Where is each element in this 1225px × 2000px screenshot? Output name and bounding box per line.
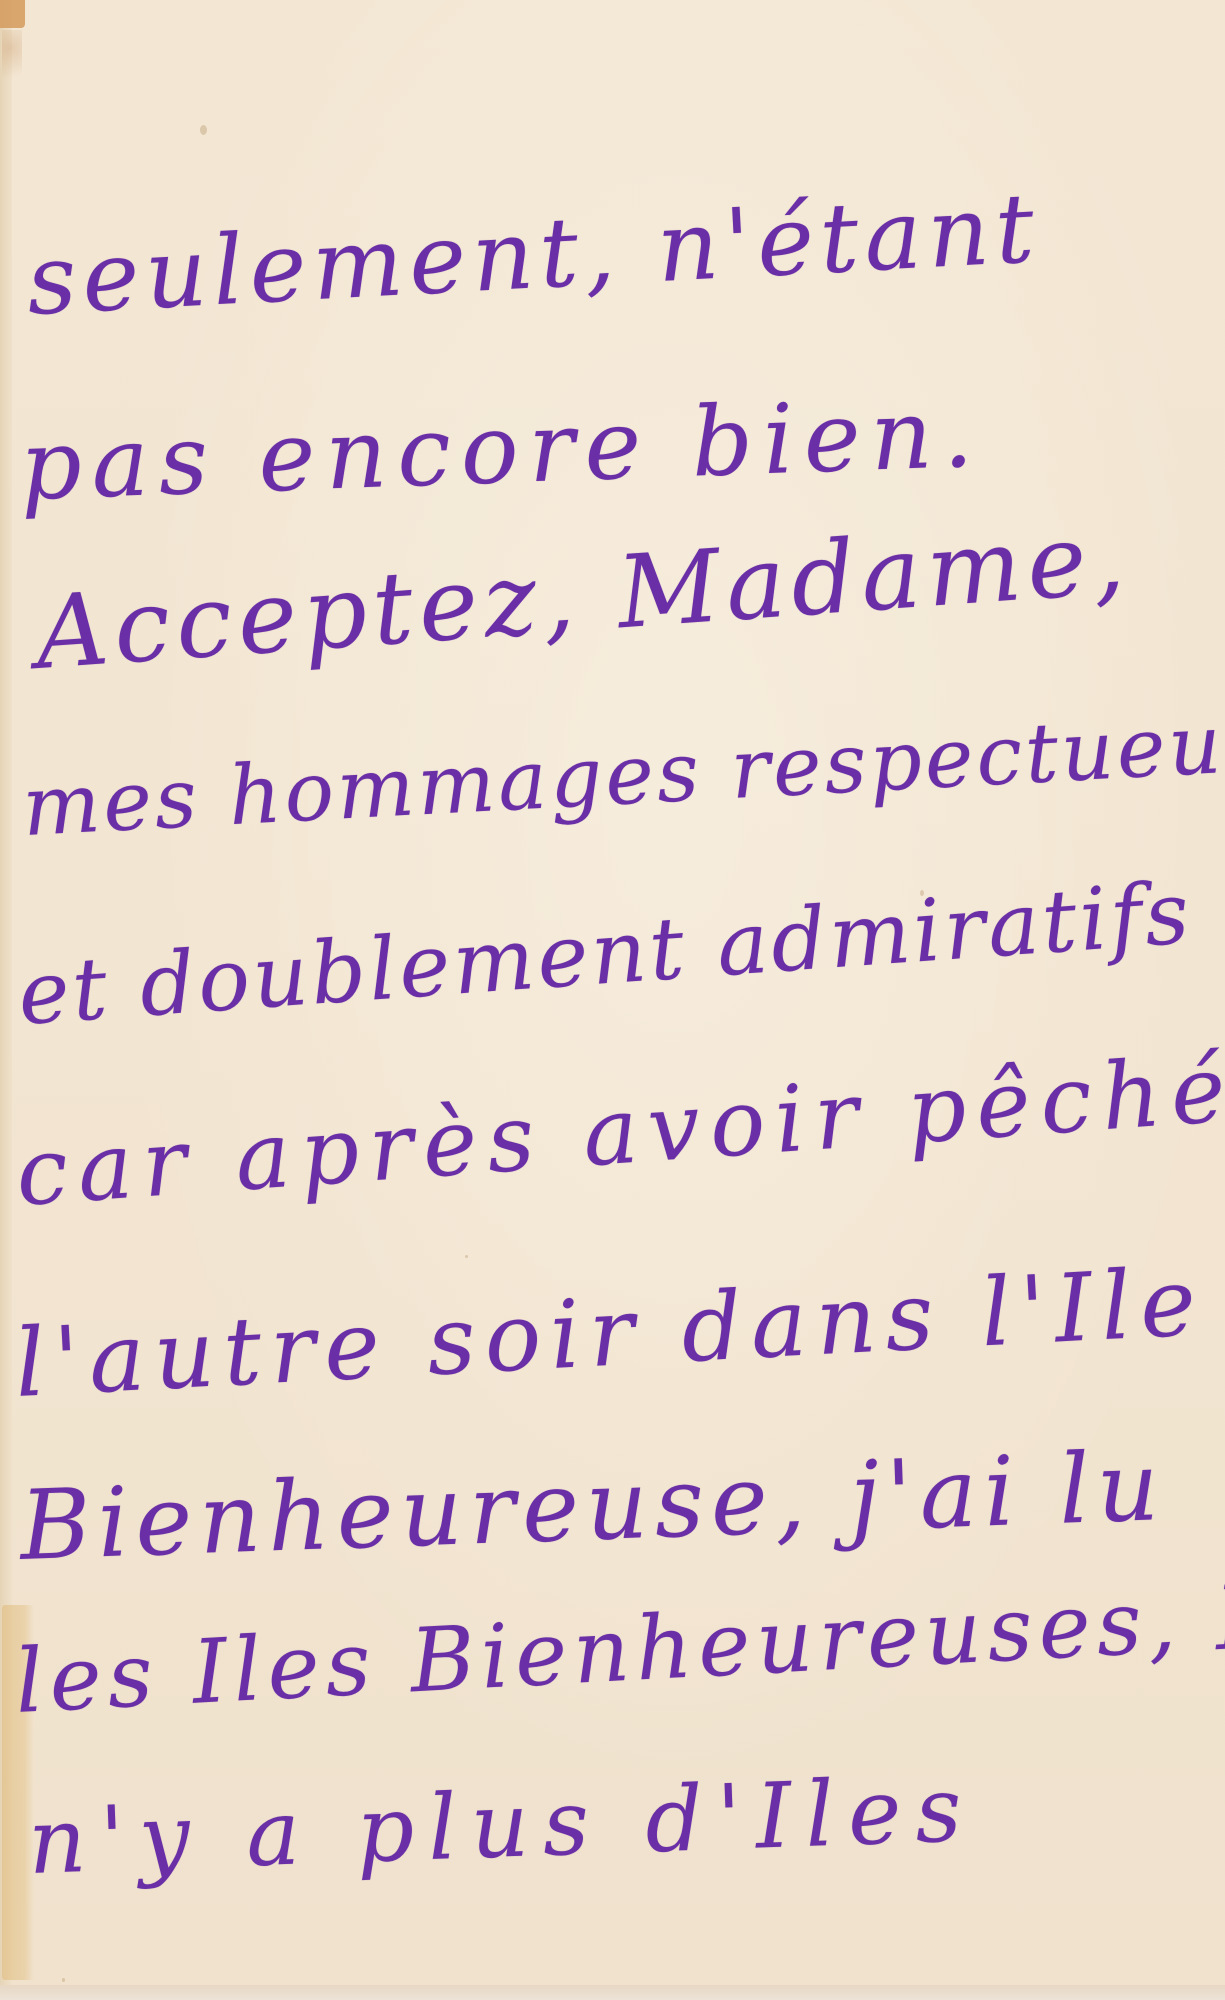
letter-line: les Iles Bienheureuses, Il <box>13 1563 1225 1733</box>
letter-line: mes hommages respectueux <box>20 695 1225 855</box>
letter-line: Bienheureuse, j'ai lu <box>18 1430 1167 1582</box>
letter-line: l'autre soir dans l'Ile <box>12 1248 1207 1419</box>
handwritten-text: seulement, n'étant pas encore bien. Acce… <box>0 0 1225 2000</box>
letter-line: pas encore bien. <box>18 376 985 522</box>
letter-line: et doublement admiratifs <box>15 863 1195 1045</box>
letter-line: car après avoir pêché <box>13 1035 1225 1227</box>
letter-line: seulement, n'étant <box>24 172 1042 337</box>
letter-line: n'y a plus d'Iles <box>26 1757 977 1895</box>
letter-line: Acceptez, Madame, <box>32 499 1134 692</box>
